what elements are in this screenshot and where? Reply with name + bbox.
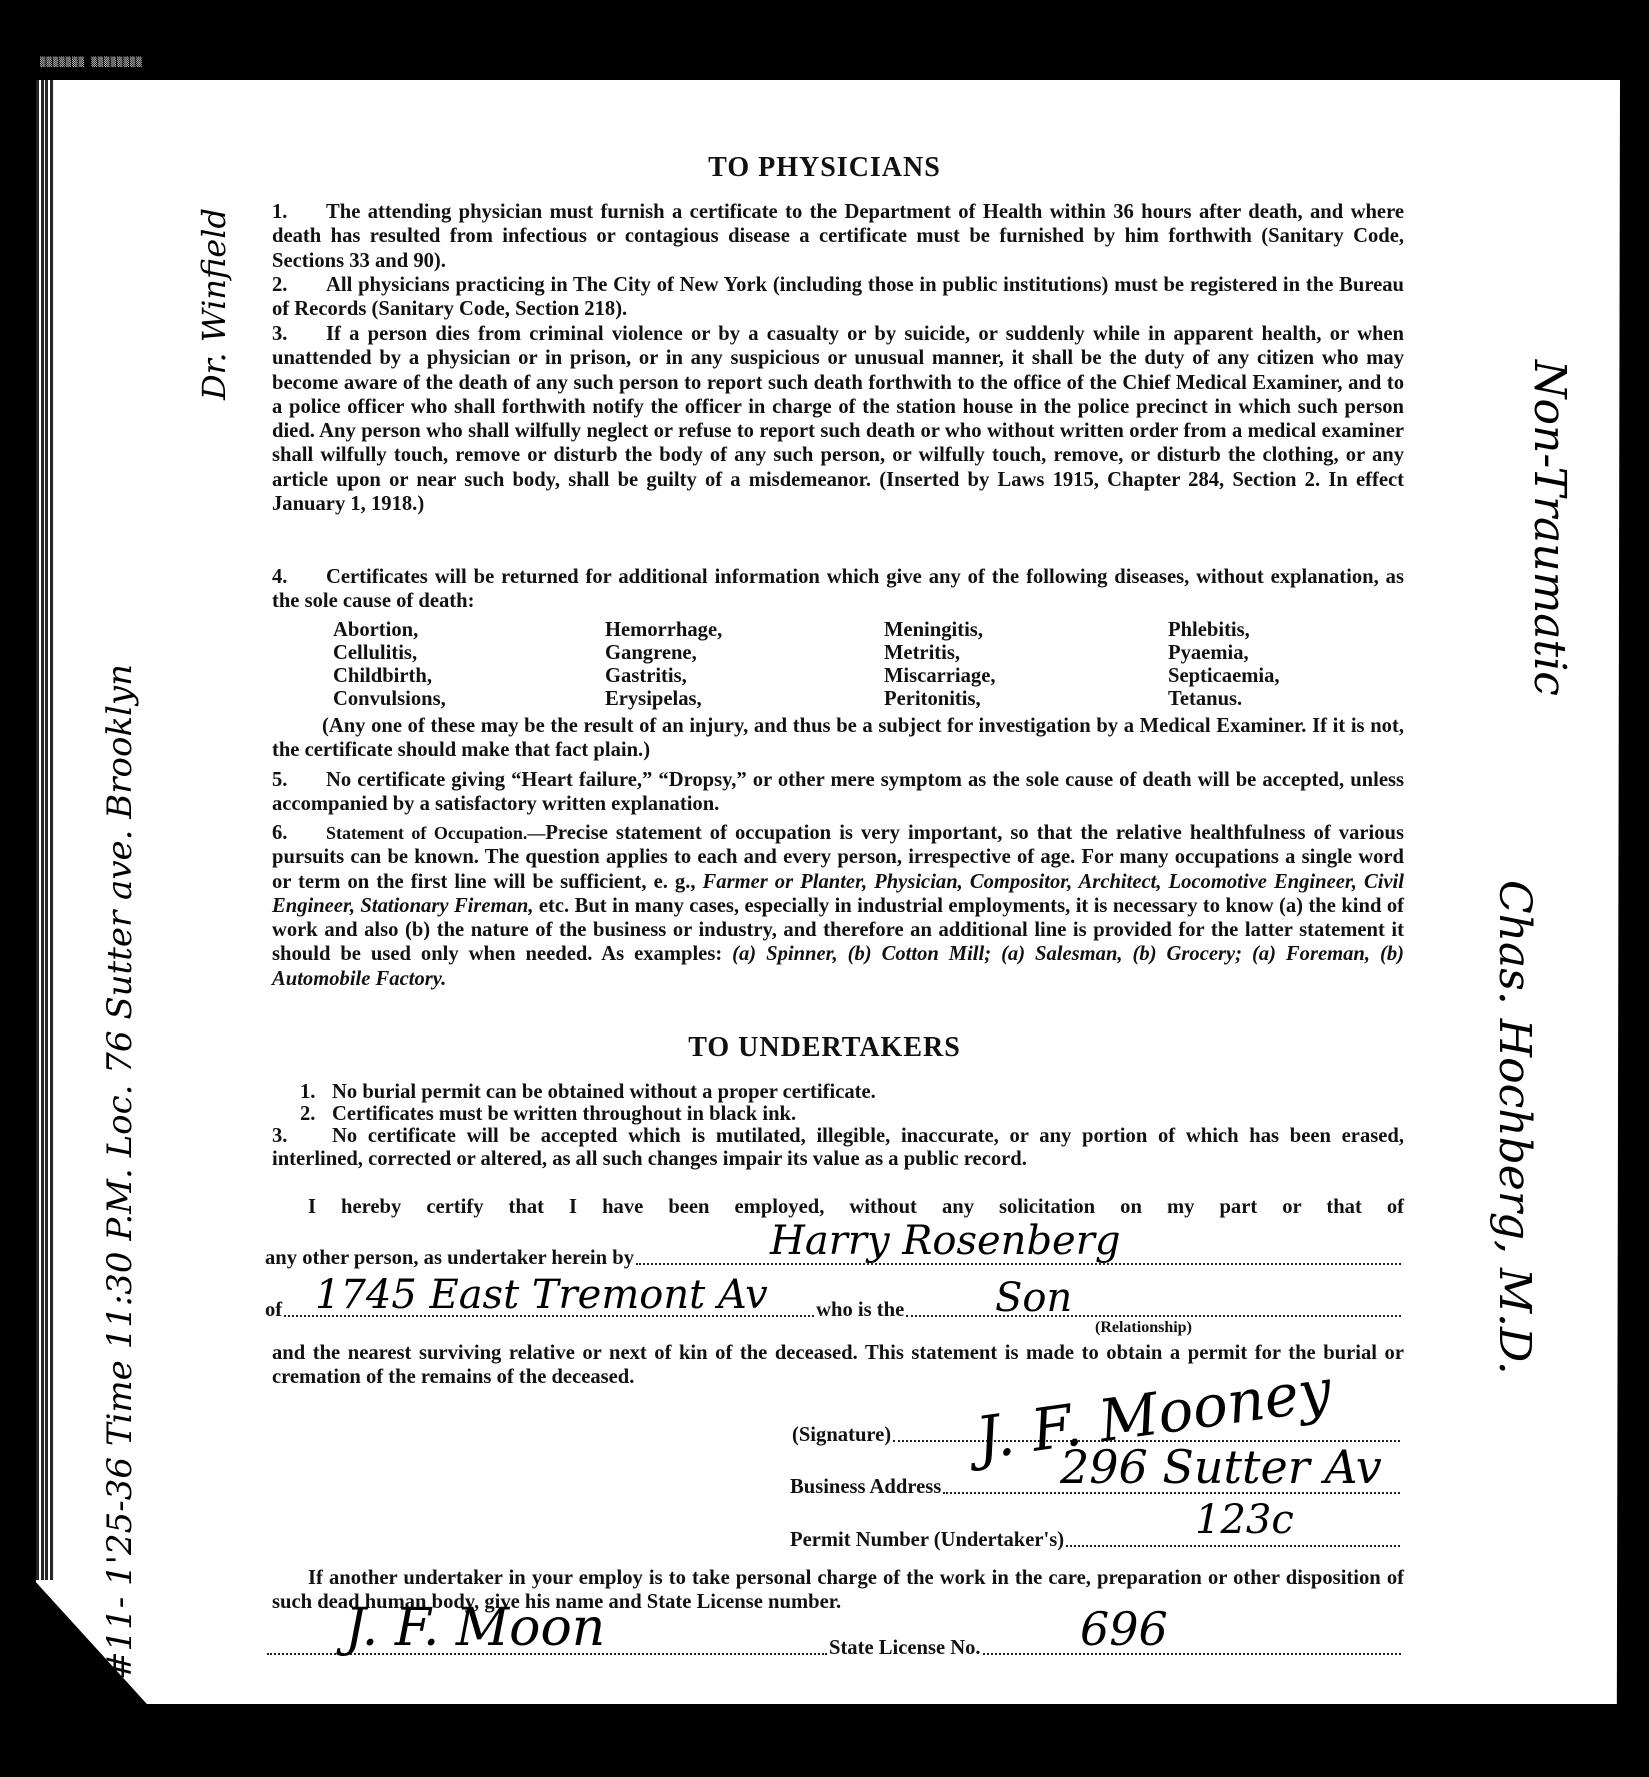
- item-text: The attending physician must furnish a c…: [272, 201, 1404, 272]
- item-number: 5.: [272, 768, 316, 792]
- item-number: 3.: [272, 322, 316, 346]
- disease-column-1: Abortion, Cellulitis, Childbirth, Convul…: [333, 619, 446, 711]
- permit-field[interactable]: [1066, 1545, 1400, 1547]
- signature-label: (Signature): [792, 1424, 891, 1447]
- disease: Hemorrhage,: [605, 619, 722, 642]
- license-field[interactable]: [983, 1653, 1401, 1655]
- disease: Gastritis,: [605, 665, 722, 688]
- item-text: No burial permit can be obtained without…: [332, 1081, 876, 1103]
- disease: Childbirth,: [333, 665, 446, 688]
- item-text: If a person dies from criminal violence …: [272, 323, 1404, 515]
- disease: Phlebitis,: [1168, 619, 1280, 642]
- disease: Septicaemia,: [1168, 665, 1280, 688]
- employed-by-value: Harry Rosenberg: [770, 1218, 1120, 1264]
- undertakers-item-1: 1.No burial permit can be obtained witho…: [300, 1080, 1400, 1104]
- item-number: 3.: [272, 1125, 322, 1148]
- disease: Tetanus.: [1168, 688, 1280, 711]
- item-text: All physicians practicing in The City of…: [272, 274, 1404, 320]
- item-number: 2.: [272, 273, 316, 297]
- disease-column-2: Hemorrhage, Gangrene, Gastritis, Erysipe…: [605, 619, 722, 711]
- item-text: No certificate giving “Heart failure,” “…: [272, 769, 1404, 815]
- permit-row: Permit Number (Undertaker's): [790, 1522, 1402, 1552]
- scan-edge: [36, 80, 54, 1580]
- physicians-item-1: 1.The attending physician must furnish a…: [272, 200, 1404, 273]
- other-undertaker-value: J. F. Moon: [345, 1598, 605, 1658]
- disease: Abortion,: [333, 619, 446, 642]
- disease: Gangrene,: [605, 642, 722, 665]
- disease-note: (Any one of these may be the result of a…: [272, 714, 1404, 763]
- item-text: Certificates must be written throughout …: [332, 1103, 796, 1125]
- physicians-heading: TO PHYSICIANS: [0, 152, 1649, 184]
- who-is-label: who is the: [816, 1299, 904, 1322]
- permit-label: Permit Number (Undertaker's): [790, 1529, 1064, 1552]
- of-value: 1745 East Tremont Av: [315, 1272, 768, 1318]
- license-label: State License No.: [829, 1637, 981, 1660]
- left-margin-doctor: Dr. Winfield: [195, 208, 233, 400]
- of-label: of: [265, 1299, 282, 1322]
- item-text: Certificates will be returned for additi…: [272, 566, 1404, 612]
- item-number: 2.: [300, 1102, 322, 1126]
- item-number: 1.: [272, 200, 316, 224]
- disease-column-4: Phlebitis, Pyaemia, Septicaemia, Tetanus…: [1168, 619, 1280, 711]
- item-number: 4.: [272, 565, 316, 589]
- physicians-item-2: 2.All physicians practicing in The City …: [272, 273, 1404, 322]
- right-margin-signature: Chas. Hochberg, M.D.: [1489, 880, 1540, 1375]
- disease: Erysipelas,: [605, 688, 722, 711]
- disease: Miscarriage,: [884, 665, 996, 688]
- left-margin-note: #11- 1'25-36 Time 11:30 P.M. Loc. 76 Sut…: [100, 664, 140, 1680]
- relationship-caption: (Relationship): [1095, 1316, 1255, 1340]
- physicians-item-5: 5.No certificate giving “Heart failure,”…: [272, 768, 1404, 817]
- relationship-value: Son: [995, 1275, 1072, 1321]
- disease: Convulsions,: [333, 688, 446, 711]
- item-lead: Statement of Occupation.—: [326, 823, 545, 843]
- disease: Meningitis,: [884, 619, 996, 642]
- undertakers-item-3: 3.No certificate will be accepted which …: [272, 1125, 1404, 1171]
- business-address-label: Business Address: [790, 1476, 941, 1499]
- physicians-item-6: 6.Statement of Occupation.—Precise state…: [272, 821, 1404, 991]
- right-margin-note: Non-Traumatic: [1524, 360, 1575, 696]
- undertakers-heading: TO UNDERTAKERS: [0, 1032, 1649, 1064]
- undertakers-item-2: 2.Certificates must be written throughou…: [300, 1102, 1400, 1126]
- business-address-value: 296 Sutter Av: [1060, 1440, 1382, 1494]
- item-number: 1.: [300, 1080, 322, 1104]
- certify-text: I hereby certify that I have been employ…: [272, 1195, 1404, 1219]
- disease: Metritis,: [884, 642, 996, 665]
- disease: Pyaemia,: [1168, 642, 1280, 665]
- disease: Peritonitis,: [884, 688, 996, 711]
- physicians-item-4: 4.Certificates will be returned for addi…: [272, 565, 1404, 614]
- item-text: No certificate will be accepted which is…: [272, 1125, 1404, 1170]
- item-number: 6.: [272, 821, 316, 845]
- permit-value: 123c: [1195, 1497, 1294, 1543]
- physicians-item-3: 3.If a person dies from criminal violenc…: [272, 322, 1404, 516]
- disease: Cellulitis,: [333, 642, 446, 665]
- scan-artifact: ▒▒▒▒▒▒▒ ▒▒▒▒▒▒▒▒: [40, 58, 143, 68]
- license-value: 696: [1080, 1602, 1168, 1656]
- disease-column-3: Meningitis, Metritis, Miscarriage, Perit…: [884, 619, 996, 711]
- employed-by-label: any other person, as undertaker herein b…: [265, 1247, 634, 1270]
